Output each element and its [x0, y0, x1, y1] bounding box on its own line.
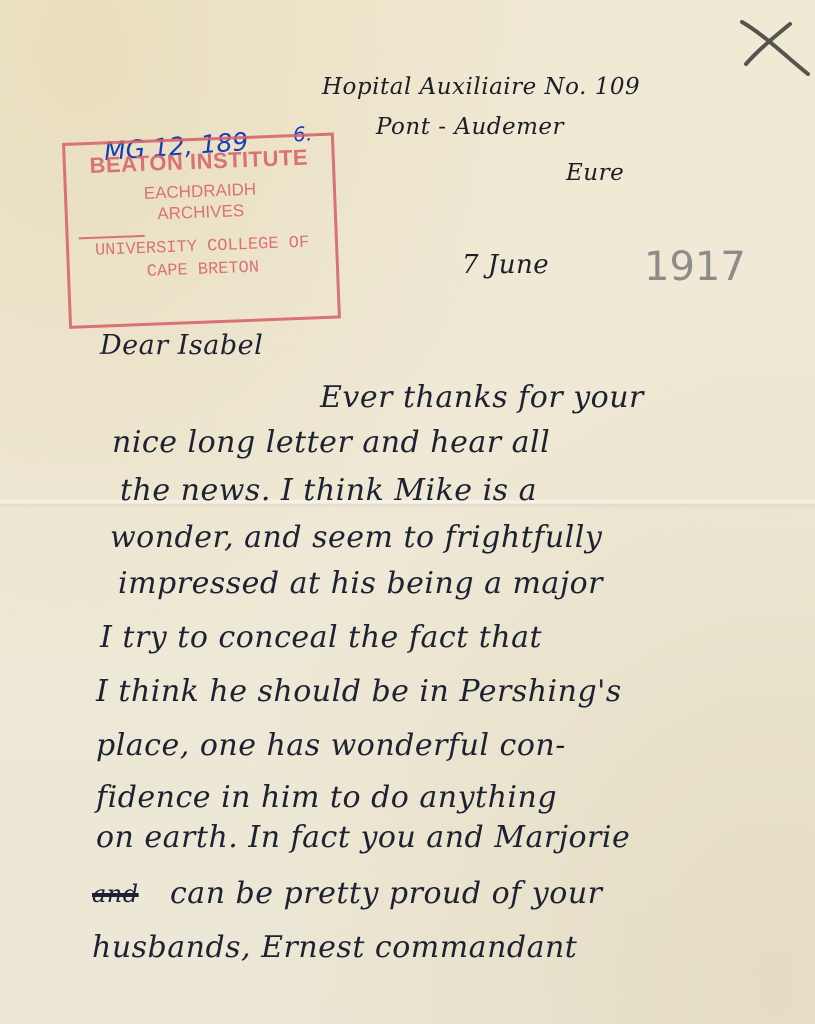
- body-line-6: I try to conceal the fact that: [100, 620, 542, 655]
- body-line-12: husbands, Ernest commandant: [92, 930, 577, 965]
- body-line-5: impressed at his being a major: [118, 566, 603, 601]
- body-line-11: can be pretty proud of your: [170, 876, 602, 911]
- body-line-3: the news. I think Mike is a: [120, 473, 537, 508]
- body-line-10: on earth. In fact you and Marjorie: [96, 820, 630, 855]
- address-line-1: Hopital Auxiliaire No. 109: [322, 74, 640, 100]
- corner-x-mark-icon: [738, 18, 812, 78]
- date-year-pencil: 1917: [644, 244, 746, 290]
- beaton-institute-stamp: BEATON INSTITUTE EACHDRAIDH ARCHIVES UNI…: [62, 133, 341, 329]
- body-line-4: wonder, and seem to frightfully: [110, 520, 602, 555]
- body-line-1: Ever thanks for your: [320, 380, 644, 415]
- body-line-9: fidence in him to do anything: [96, 780, 557, 815]
- body-line-2: nice long letter and hear all: [112, 425, 550, 460]
- struck-out-word: and: [92, 880, 139, 908]
- body-line-8: place, one has wonderful con-: [96, 728, 566, 763]
- stamp-title: BEATON INSTITUTE: [65, 144, 332, 180]
- body-line-7: I think he should be in Pershing's: [96, 674, 622, 709]
- address-line-3: Eure: [566, 160, 624, 186]
- date-day-month: 7 June: [462, 250, 549, 280]
- address-line-2: Pont - Audemer: [376, 114, 564, 140]
- salutation: Dear Isabel: [100, 330, 263, 361]
